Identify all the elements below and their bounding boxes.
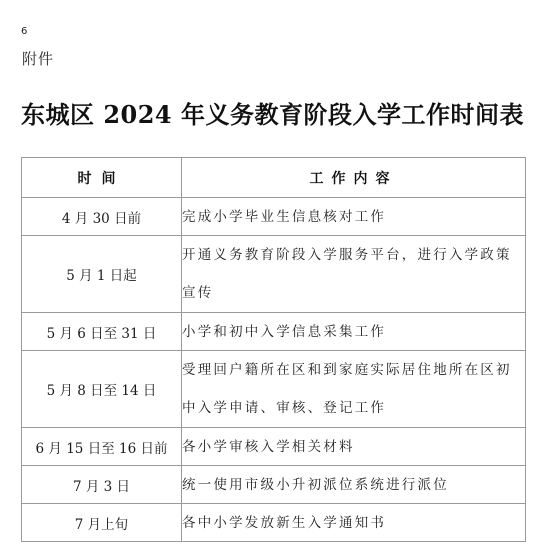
- document-title: 东城区 2024 年义务教育阶段入学工作时间表: [0, 95, 545, 130]
- row-content: 各中小学发放新生入学通知书: [182, 504, 526, 542]
- table-row: 4 月 30 日前 完成小学毕业生信息核对工作: [22, 198, 526, 236]
- table-row: 7 月上旬 各中小学发放新生入学通知书: [22, 504, 526, 542]
- row-time: 6 月 15 日至 16 日前: [22, 428, 182, 466]
- header-time: 时间: [22, 158, 182, 198]
- row-time: 5 月 8 日至 14 日: [22, 351, 182, 428]
- row-content: 受理回户籍所在区和到家庭实际居住地所在区初中入学申请、审核、登记工作: [182, 351, 526, 428]
- table-row: 5 月 8 日至 14 日 受理回户籍所在区和到家庭实际居住地所在区初中入学申请…: [22, 351, 526, 428]
- table-header-row: 时间 工作内容: [22, 158, 526, 198]
- row-content: 统一使用市级小升初派位系统进行派位: [182, 466, 526, 504]
- header-content: 工作内容: [182, 158, 526, 198]
- page-number: 6: [21, 26, 27, 37]
- table-row: 5 月 1 日起 开通义务教育阶段入学服务平台，进行入学政策宣传: [22, 236, 526, 313]
- table-row: 6 月 15 日至 16 日前 各小学审核入学相关材料: [22, 428, 526, 466]
- row-time: 7 月上旬: [22, 504, 182, 542]
- row-time: 7 月 3 日: [22, 466, 182, 504]
- row-content: 完成小学毕业生信息核对工作: [182, 198, 526, 236]
- row-time: 5 月 6 日至 31 日: [22, 313, 182, 351]
- enrollment-schedule-table: 时间 工作内容 4 月 30 日前 完成小学毕业生信息核对工作 5 月 1 日起…: [21, 157, 526, 542]
- row-content: 小学和初中入学信息采集工作: [182, 313, 526, 351]
- row-time: 4 月 30 日前: [22, 198, 182, 236]
- attachment-label: 附件: [22, 48, 54, 69]
- row-content: 开通义务教育阶段入学服务平台，进行入学政策宣传: [182, 236, 526, 313]
- row-time: 5 月 1 日起: [22, 236, 182, 313]
- row-content: 各小学审核入学相关材料: [182, 428, 526, 466]
- table-row: 5 月 6 日至 31 日 小学和初中入学信息采集工作: [22, 313, 526, 351]
- table-row: 7 月 3 日 统一使用市级小升初派位系统进行派位: [22, 466, 526, 504]
